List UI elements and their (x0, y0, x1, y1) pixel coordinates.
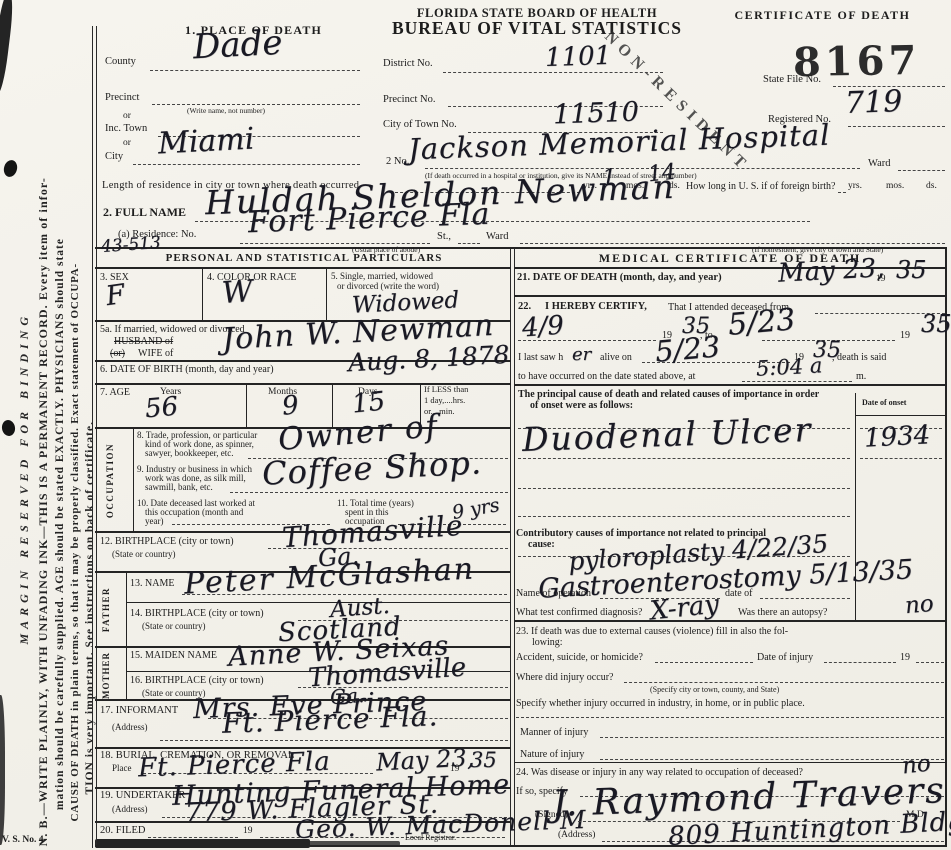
date-of-injury-label: Date of injury (757, 652, 813, 663)
specify-injury-label: Specify whether injury occurred in indus… (516, 698, 805, 709)
or-label: or (123, 111, 131, 122)
form-number: V. S. No. 4 (2, 835, 44, 846)
divider (518, 488, 850, 489)
test-label: What test confirmed diagnosis? (516, 607, 642, 618)
mos-label: mos. (886, 181, 904, 192)
mother-side-label: MOTHER (101, 652, 111, 699)
scan-streak (0, 695, 5, 845)
divider (838, 192, 846, 193)
divider (516, 717, 944, 718)
principal-cause-value: Duodenal Ulcer (522, 413, 813, 456)
trade-label3: sawyer, bookkeeper, etc. (145, 448, 234, 458)
yrs-label: yrs. (848, 181, 862, 192)
occurred-at-label: to have occurred on the date stated abov… (518, 371, 695, 382)
year2-label: 19 (900, 330, 910, 341)
death-certificate-scan: MARGIN RESERVED FOR BINDING N. B.—WRITE … (0, 0, 951, 850)
divider (824, 662, 896, 663)
age-years-value: 56 (144, 394, 179, 423)
binding-hole (2, 159, 19, 179)
informant-address-value: Ft. Pierce Fla. (222, 702, 439, 738)
death-year-label: 19 (876, 274, 886, 285)
divider (202, 268, 203, 320)
binding-hole (1, 419, 17, 437)
last-saw-label: I last saw h (518, 352, 563, 363)
divider (898, 170, 945, 171)
wife-of-label: WIFE of (138, 348, 173, 359)
less-than-day-label: If LESS than (424, 385, 468, 395)
divider (514, 762, 946, 763)
divider (624, 682, 944, 683)
father-side-label: FATHER (101, 587, 111, 632)
margin-instructions-line1: N. B.—WRITE PLAINLY, WITH UNFADING INK—T… (37, 177, 50, 846)
attended-from-value: 4/9 (521, 313, 565, 342)
external-causes-label2: lowing: (532, 637, 563, 648)
father-birthplace-sub: (State or country) (142, 621, 205, 631)
divider (600, 759, 944, 760)
margin-instructions-line2: mation should be carefully supplied. AGE… (54, 238, 67, 810)
time-of-death-value: 5:04 a (755, 355, 822, 379)
divider (518, 340, 656, 341)
certify-number-label: 22. (518, 301, 531, 313)
inc-town-label: Inc. Town (105, 123, 147, 135)
informant-address-label: (Address) (112, 722, 148, 732)
where-injury-note: (Specify city or town, county, and State… (650, 686, 779, 695)
date-of-onset-label: Date of onset (862, 399, 906, 408)
district-no-value: 1101 (545, 43, 612, 71)
residence-value: Fort Pierce Fla (248, 200, 491, 238)
birthplace-value: Thomasville (281, 512, 464, 553)
autopsy-value: no (904, 593, 935, 618)
death-year-value: 35 (896, 258, 927, 282)
precinct-note: (Write name, not number) (187, 107, 265, 115)
filed-year-label: 19 (243, 826, 253, 837)
divider (240, 243, 430, 244)
informant-label: 17. INFORMANT (100, 705, 178, 717)
last-saw-date-value: 5/23 (654, 332, 721, 367)
ward-label: Ward (486, 231, 508, 243)
ward-label: Ward (868, 158, 890, 170)
burial-place-label: Place (112, 763, 132, 773)
manner-of-injury-label: Manner of injury (520, 727, 588, 738)
divider (148, 837, 238, 838)
divider (326, 268, 327, 320)
city-town-no-label: City of Town No. (383, 119, 457, 131)
divider (95, 845, 947, 847)
header-bureau: BUREAU OF VITAL STATISTICS (352, 19, 722, 39)
precinct-no-label: Precinct No. (383, 94, 436, 106)
state-file-no-label: State File No. (763, 74, 821, 86)
divider (95, 267, 511, 269)
divider (848, 126, 945, 127)
race-value: W (221, 277, 254, 309)
operation-date-label: date of (725, 588, 753, 599)
divider (520, 243, 945, 244)
date-of-birth-value: Aug. 8, 1878 (347, 342, 510, 375)
date-of-death-value: May 23, (777, 255, 885, 287)
us-length-label: How long in U. S. if of foreign birth? (686, 181, 835, 192)
hospital-value: Jackson Memorial Hospital (408, 121, 831, 165)
district-no-label: District No. (383, 58, 433, 70)
divider (92, 26, 97, 848)
contributory-label2: cause: (528, 539, 555, 550)
personal-section-title: PERSONAL AND STATISTICAL PARTICULARS (100, 252, 508, 264)
ds-label: ds. (926, 181, 937, 192)
date-of-birth-label: 6. DATE OF BIRTH (month, day and year) (100, 364, 274, 375)
county-label: County (105, 56, 136, 68)
city-value: Miami (157, 125, 255, 160)
margin-binding-note: MARGIN RESERVED FOR BINDING (18, 312, 31, 645)
divider (514, 384, 946, 386)
industry-value: Coffee Shop. (261, 446, 482, 489)
injury-year-label: 19 (900, 652, 910, 663)
burial-year-value: 35 (470, 750, 497, 771)
full-name-label: 2. FULL NAME (103, 206, 186, 219)
death-is-said-label: , death is said (832, 352, 886, 363)
divider (150, 70, 360, 71)
divider (133, 427, 134, 531)
where-injury-label: Where did injury occur? (516, 672, 613, 683)
county-value: Dade (192, 26, 283, 65)
divider (655, 662, 753, 663)
street-no-label: 2 No. (386, 156, 409, 168)
date-of-death-label: 21. DATE OF DEATH (month, day, and year) (517, 272, 722, 284)
father-name-label: 13. NAME (130, 578, 174, 589)
last-saw-pronoun: er (572, 346, 591, 364)
birthplace-label: 12. BIRTHPLACE (city or town) (100, 536, 234, 547)
father-birthplace-label: 14. BIRTHPLACE (city or town) (130, 608, 264, 619)
divider (126, 571, 127, 646)
filed-label: 20. FILED (100, 825, 146, 837)
year2-value: 35 (921, 312, 951, 336)
st-label: St., (437, 231, 451, 243)
divider (246, 383, 247, 427)
margin-instructions-line3: CAUSE OF DEATH in plain terms, so that i… (69, 263, 81, 822)
last-worked-label3: year) (145, 516, 163, 526)
divider (760, 598, 850, 599)
age-months-value: 9 (281, 392, 300, 419)
attended-to-value: 5/23 (727, 305, 797, 341)
principal-cause-label: The principal cause of death and related… (518, 389, 819, 400)
nature-of-injury-label: Nature of injury (520, 749, 584, 760)
divider (600, 737, 944, 738)
divider (126, 602, 511, 603)
onset-year-value: 1934 (863, 422, 930, 451)
divider (518, 516, 850, 517)
m-label: m. (856, 371, 866, 382)
registered-no-value: 719 (844, 87, 902, 119)
divider (126, 646, 127, 699)
divider (518, 458, 850, 459)
sex-value: F (104, 281, 126, 310)
physician-address-label: (Address) (558, 830, 595, 841)
age-label: 7. AGE (100, 387, 130, 398)
occupation-side-label: OCCUPATION (105, 443, 115, 518)
marital-label: 5. Single, married, widowed (331, 271, 433, 281)
scan-streak (0, 0, 15, 94)
precinct-label: Precinct (105, 92, 139, 104)
husband-of-label: HUSBAND of (114, 336, 173, 347)
divider (510, 249, 515, 847)
certificate-title: CERTIFICATE OF DEATH (705, 9, 940, 22)
divider (742, 381, 852, 382)
or-label: or (123, 138, 131, 149)
alive-on-label: alive on (600, 352, 632, 363)
divider (133, 164, 360, 165)
less-than-day-label2: 1 day,....hrs. (424, 396, 465, 406)
undertaker-address-label: (Address) (112, 804, 148, 814)
accident-label: Accident, suicide, or homicide? (516, 652, 643, 663)
divider (855, 415, 946, 416)
divider (514, 620, 946, 622)
birthplace-sub-label: (State or country) (112, 549, 175, 559)
mother-maiden-name-label: 15. MAIDEN NAME (130, 650, 217, 661)
principal-cause-label2: of onset were as follows: (530, 400, 633, 411)
father-name-value: Peter McGlashan (183, 554, 475, 599)
or-word-label: (or) (110, 348, 125, 359)
divider (152, 104, 360, 105)
mother-birthplace-label: 16. BIRTHPLACE (city or town) (130, 675, 264, 686)
local-registrar-label: Local Registrar. (405, 834, 456, 843)
operation-name-label: Name of operation (516, 588, 591, 599)
autopsy-label: Was there an autopsy? (738, 607, 827, 618)
industry-label3: sawmill, bank, etc. (145, 482, 213, 492)
divider (860, 458, 942, 459)
city-label: City (105, 151, 123, 163)
divider (458, 243, 480, 244)
divider (160, 740, 508, 741)
divider (916, 662, 944, 663)
external-causes-label: 23. If death was due to external causes … (516, 626, 788, 637)
divider (514, 295, 946, 297)
